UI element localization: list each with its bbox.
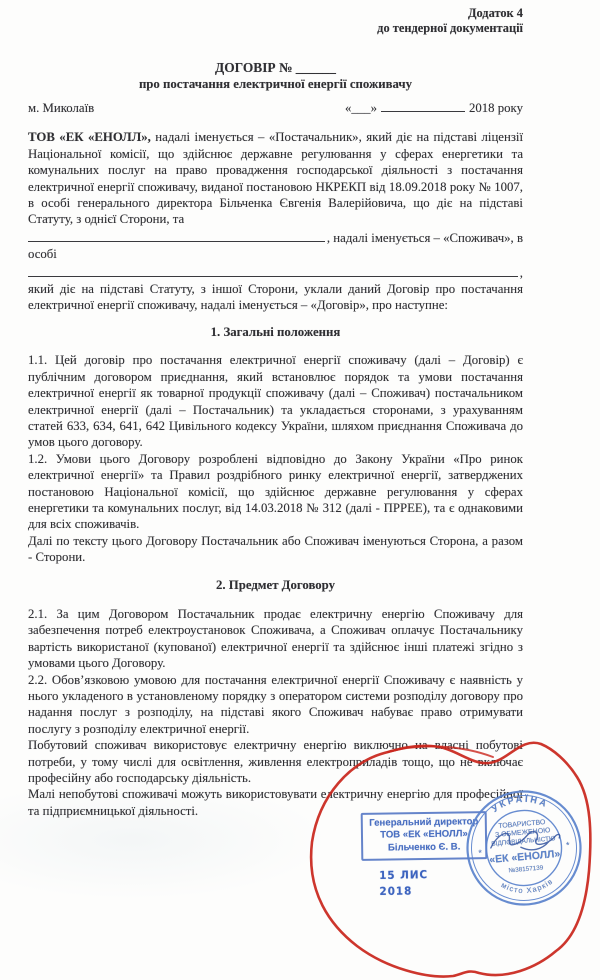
doc-title: ДОГОВІР № ______ про постачання електрич… — [28, 60, 523, 92]
svg-text:місто Харків: місто Харків — [499, 876, 556, 897]
clause-2-1: 2.1. За цим Договором Постачальник прода… — [28, 606, 523, 672]
osobi-line: особі — [28, 246, 523, 262]
clause-1-note: Далі по тексту цього Договору Постачальн… — [28, 533, 523, 566]
year-label: 2018 року — [469, 100, 523, 116]
section-1-heading: 1. Загальні положення — [28, 324, 523, 340]
day-placeholder: «___» — [345, 100, 377, 116]
contract-subtitle: про постачання електричної енергії спожи… — [28, 76, 523, 92]
date-fields: «___» 2018 року — [345, 98, 523, 116]
doc-header: Додаток 4 до тендерної документації — [28, 6, 523, 36]
preamble-paragraph: ТОВ «ЕК «ЕНОЛЛ», надалі іменується – «По… — [28, 129, 523, 227]
preamble-text: надалі іменується – «Постачальник», який… — [28, 130, 523, 226]
round-company-seal: УКРАЇНА місто Харків ТОВАРИСТВО З ОБМЕЖЕ… — [458, 782, 590, 914]
tender-doc-label: до тендерної документації — [28, 21, 523, 36]
consumer-line-text: , надалі іменується – «Споживач», в — [327, 230, 523, 246]
city-label: м. Миколаїв — [28, 100, 94, 116]
contract-number-title: ДОГОВІР № ______ — [28, 60, 523, 76]
place-date-row: м. Миколаїв «___» 2018 року — [28, 98, 523, 116]
clause-2-2: 2.2. Обов’язковою умовою для постачання … — [28, 672, 523, 738]
appendix-label: Додаток 4 — [28, 6, 523, 21]
trailing-comma: , — [520, 265, 523, 281]
contract-document-page: Додаток 4 до тендерної документації ДОГО… — [0, 0, 600, 980]
date-stamp: 15 ЛИС 2018 — [379, 867, 465, 901]
seal-city-text: місто Харків — [499, 876, 556, 897]
seal-star-left: * — [478, 848, 483, 858]
consumer-blank-line — [28, 228, 325, 242]
seal-star-right: * — [566, 840, 571, 850]
supplier-name: ТОВ «ЕК «ЕНОЛЛ», — [28, 130, 151, 144]
representative-blank-row: , — [28, 263, 523, 281]
preamble-closing-paragraph: який діє на підставі Статуту, з іншої Ст… — [28, 281, 523, 314]
clause-1-2: 1.2. Умови цього Договору розроблені від… — [28, 451, 523, 533]
clause-2-household: Побутовий споживач використовує електрич… — [28, 737, 523, 786]
seal-registration-number: №38157139 — [508, 864, 544, 874]
clause-1-1: 1.1. Цей договір про постачання електрич… — [28, 352, 523, 450]
document-content: Додаток 4 до тендерної документації ДОГО… — [0, 0, 600, 819]
representative-blank-line — [28, 263, 518, 277]
consumer-name-line: , надалі іменується – «Споживач», в — [28, 228, 523, 246]
section-2-heading: 2. Предмет Договору — [28, 577, 523, 593]
seal-company-name: «ЕК «ЕНОЛЛ» — [489, 848, 561, 866]
month-blank-line — [381, 98, 465, 112]
